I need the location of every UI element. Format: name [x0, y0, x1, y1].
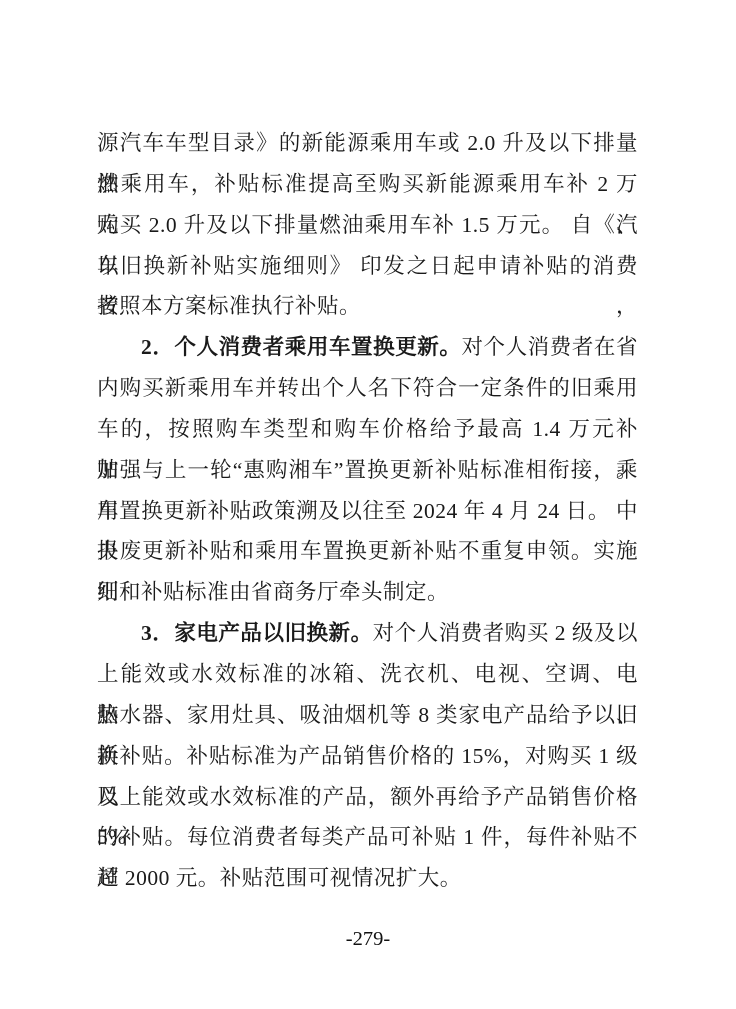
text-line: 则和补贴标准由省商务厅牵头制定。	[97, 572, 638, 613]
text-line: 的补贴。每位消费者每类产品可补贴 1 件，每件补贴不超	[97, 817, 638, 858]
paragraph-continuation: 源汽车车型目录》的新能源乘用车或 2.0 升及以下排量燃 油乘用车，补贴标准提高…	[97, 123, 638, 327]
text-line: 以旧换新补贴实施细则》 印发之日起申请补贴的消费者，	[97, 246, 638, 287]
text-line: 新补贴。补贴标准为产品销售价格的 15%，对购买 1 级及	[97, 736, 638, 777]
text-line: 油乘用车，补贴标准提高至购买新能源乘用车补 2 万元、	[97, 164, 638, 205]
text-line: 2．个人消费者乘用车置换更新。对个人消费者在省	[97, 327, 638, 368]
paragraph-lead-text: 对个人消费者购买 2 级及以	[373, 621, 638, 645]
text-line: 购买 2.0 升及以下排量燃油乘用车补 1.5 万元。 自《汽车	[97, 205, 638, 246]
document-page: 源汽车车型目录》的新能源乘用车或 2.0 升及以下排量燃 油乘用车，补贴标准提高…	[0, 0, 736, 1009]
text-line: 源汽车车型目录》的新能源乘用车或 2.0 升及以下排量燃	[97, 123, 638, 164]
text-line: 热水器、家用灶具、吸油烟机等 8 类家电产品给予以旧换	[97, 695, 638, 736]
text-line: 3．家电产品以旧换新。对个人消费者购买 2 级及以	[97, 613, 638, 654]
paragraph-item-2: 2．个人消费者乘用车置换更新。对个人消费者在省 内购买新乘用车并转出个人名下符合…	[97, 327, 638, 613]
paragraph-item-3: 3．家电产品以旧换新。对个人消费者购买 2 级及以 上能效或水效标准的冰箱、洗衣…	[97, 613, 638, 899]
text-line: 车的，按照购车类型和购车价格给予最高 1.4 万元补贴。	[97, 409, 638, 450]
document-body: 源汽车车型目录》的新能源乘用车或 2.0 升及以下排量燃 油乘用车，补贴标准提高…	[97, 123, 638, 899]
text-line: 车置换更新补贴政策溯及以往至 2024 年 4 月 24 日。 中央	[97, 491, 638, 532]
paragraph-heading: 3．家电产品以旧换新。	[141, 621, 373, 645]
text-line: 过 2000 元。补贴范围可视情况扩大。	[97, 858, 638, 899]
text-line: 加强与上一轮“惠购湘车”置换更新补贴标准相衔接，乘用	[97, 450, 638, 491]
text-line: 内购买新乘用车并转出个人名下符合一定条件的旧乘用	[97, 368, 638, 409]
text-line: 上能效或水效标准的冰箱、洗衣机、电视、空调、电脑、	[97, 654, 638, 695]
text-line: 以上能效或水效标准的产品，额外再给予产品销售价格 5%	[97, 777, 638, 818]
paragraph-heading: 2．个人消费者乘用车置换更新。	[141, 335, 461, 359]
paragraph-lead-text: 对个人消费者在省	[461, 335, 638, 359]
page-number: -279-	[0, 924, 736, 954]
text-line: 报废更新补贴和乘用车置换更新补贴不重复申领。实施细	[97, 531, 638, 572]
